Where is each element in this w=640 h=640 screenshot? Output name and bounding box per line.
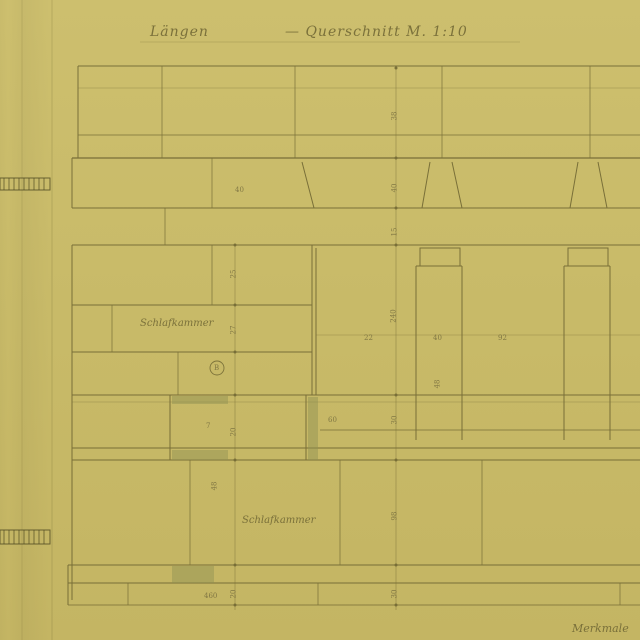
dimension-label: 98 xyxy=(390,512,398,521)
dimension-label: 38 xyxy=(390,112,398,121)
dimension-label: 60 xyxy=(328,416,337,424)
drawing-title-left: Längen xyxy=(150,24,209,40)
dimension-label: 40 xyxy=(235,186,244,194)
dimension-label: 27 xyxy=(229,326,237,335)
dimension-label: 15 xyxy=(390,228,398,237)
dimension-label: 48 xyxy=(433,380,441,389)
dimension-label: 240 xyxy=(390,309,398,322)
dimension-label: 460 xyxy=(204,592,217,600)
dimension-label: 25 xyxy=(229,270,237,279)
dimension-label: 92 xyxy=(498,334,507,342)
dimension-label: 7 xyxy=(206,422,210,430)
drawing-title-right: — Querschnitt M. 1:10 xyxy=(285,24,468,40)
dimension-label: 22 xyxy=(364,334,373,342)
dimension-label: 40 xyxy=(390,184,398,193)
dimension-label: 48 xyxy=(210,482,218,491)
marker-label: B xyxy=(214,364,219,372)
corner-note: Merkmale xyxy=(572,622,629,635)
dimension-label: 20 xyxy=(229,428,237,437)
room-label: Schlafkammer xyxy=(242,515,315,526)
dimension-label: 40 xyxy=(433,334,442,342)
cross-section-drawing xyxy=(0,0,640,640)
dimension-label: 30 xyxy=(390,590,398,599)
room-label: Schlafkammer xyxy=(140,318,213,329)
dimension-label: 30 xyxy=(390,416,398,425)
dimension-label: 20 xyxy=(229,590,237,599)
